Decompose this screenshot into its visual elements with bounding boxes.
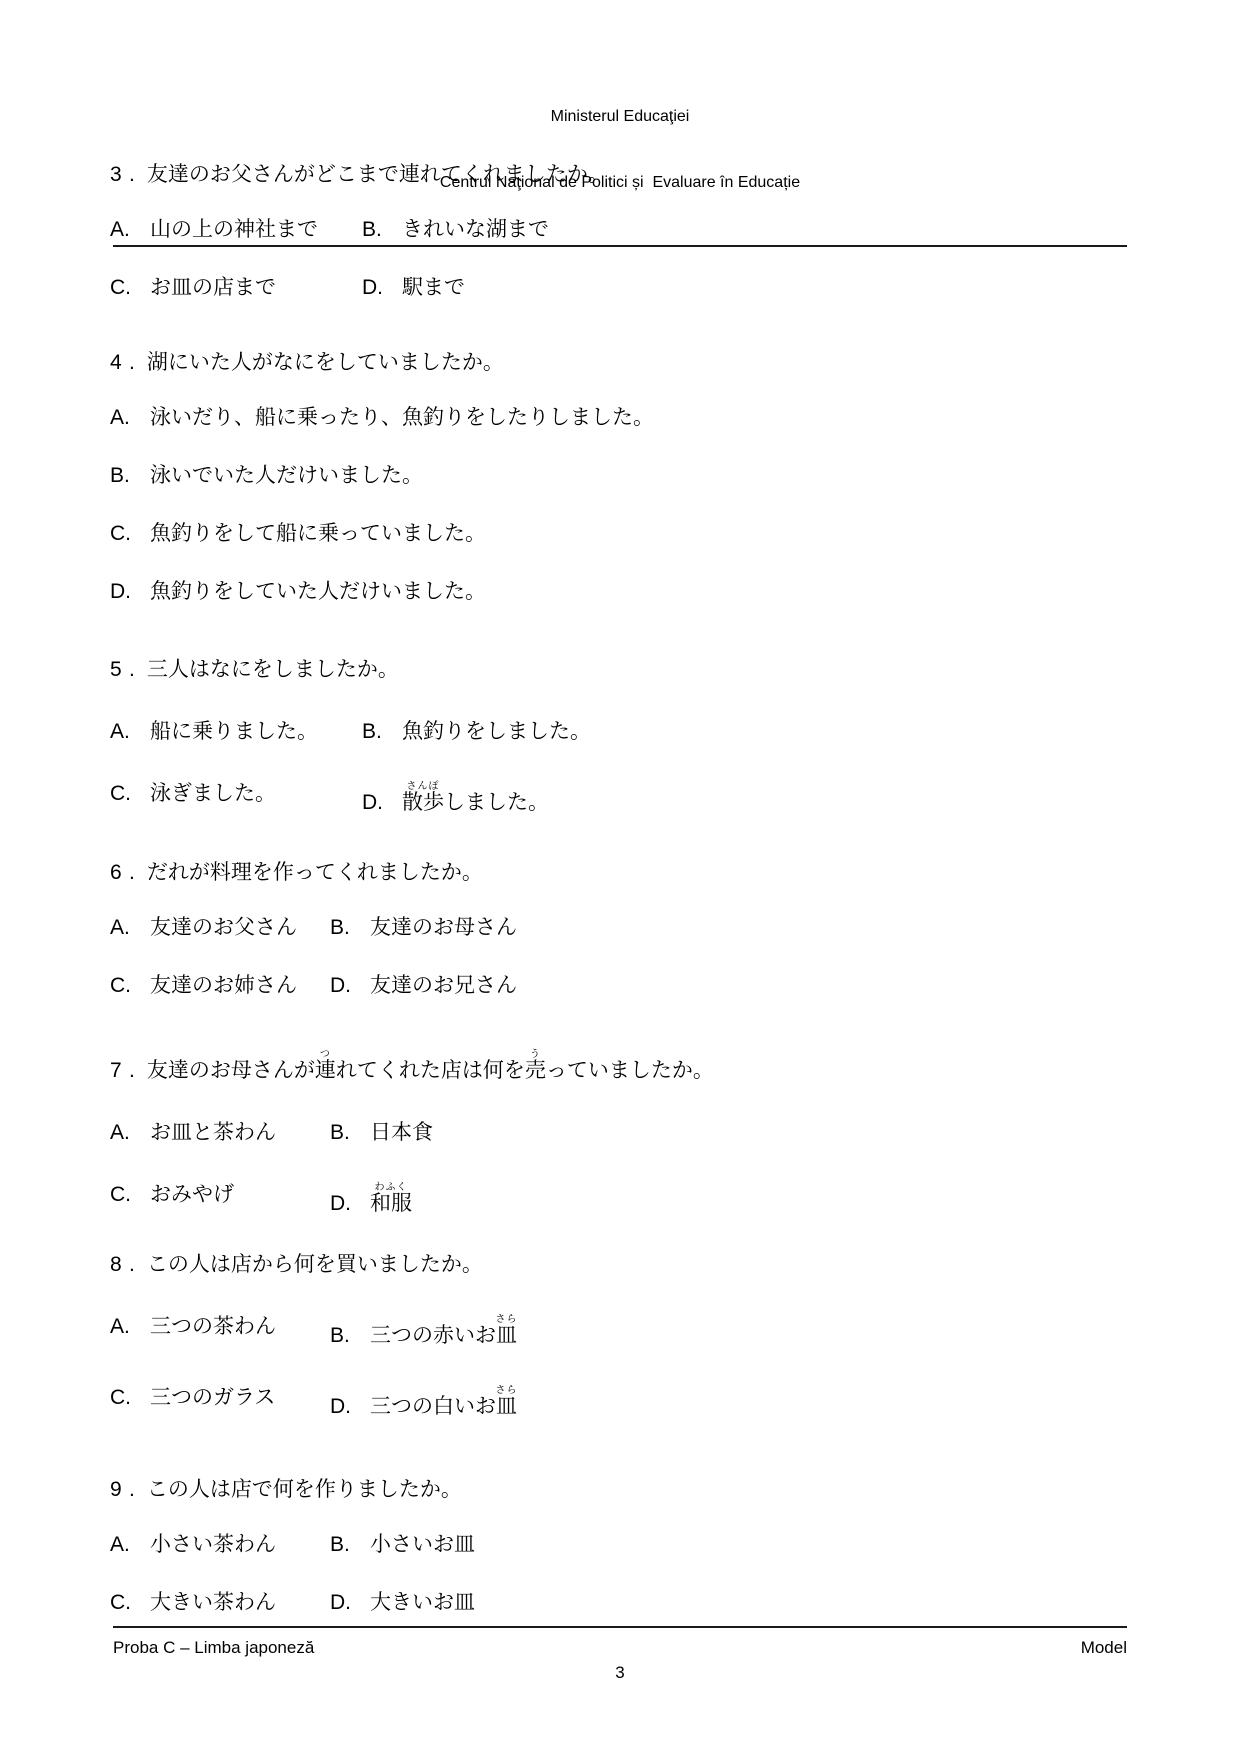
option-label: C. <box>110 1182 150 1208</box>
option-text: おみやげ <box>150 1182 234 1208</box>
question-number: 5 <box>110 657 124 683</box>
option-label: A. <box>110 1120 150 1146</box>
question-text: 友達のお父さんがどこまで連れてくれましたか。 <box>147 163 609 186</box>
options-row: B. 泳いでいた人だけいました。 <box>110 463 1130 489</box>
question-number-dot: . <box>129 350 135 376</box>
option-d: D. 和服わふく <box>330 1182 412 1217</box>
question-text: 友達のお母さんが連つれてくれた店は何を売うっていましたか。 <box>147 1059 714 1082</box>
option-text: 散歩さんぽしました。 <box>402 781 549 816</box>
footer-model-label: Model <box>1081 1637 1127 1659</box>
option-text: 泳いでいた人だけいました。 <box>150 463 423 489</box>
question-number: 7 <box>110 1058 124 1084</box>
option-text: 三つの茶わん <box>150 1314 276 1340</box>
option-c: C. 魚釣りをして船に乗っていました。 <box>110 521 486 547</box>
option-label: A. <box>110 1532 150 1558</box>
question-7: 7.友達のお母さんが連つれてくれた店は何を売うっていましたか。 A. お皿と茶わ… <box>110 1049 1130 1253</box>
option-text: 友達のお母さん <box>370 915 517 941</box>
question-heading: 9.この人は店で何を作りましたか。 <box>110 1477 1130 1503</box>
option-d: D. 駅まで <box>362 275 465 301</box>
option-d: D. 三つの白いお皿さら <box>330 1385 518 1420</box>
option-label: B. <box>330 1120 370 1146</box>
option-text: 三つの赤いお皿さら <box>370 1314 518 1349</box>
question-6: 6.だれが料理を作ってくれましたか。 A. 友達のお父さん B. 友達のお母さん… <box>110 860 1130 1031</box>
question-8: 8.この人は店から何を買いましたか。 A. 三つの茶わん B. 三つの赤いお皿さ… <box>110 1252 1130 1456</box>
option-text: お皿の店まで <box>150 275 276 301</box>
question-number: 3 <box>110 162 124 188</box>
options-row: A. 三つの茶わん B. 三つの赤いお皿さら <box>110 1314 1130 1349</box>
options-row: C. 泳ぎました。 D. 散歩さんぽしました。 <box>110 781 1130 816</box>
option-label: D. <box>110 579 150 605</box>
options-row: A. 友達のお父さん B. 友達のお母さん <box>110 915 1130 941</box>
option-label: A. <box>110 405 150 431</box>
options-row: A. 泳いだり、船に乗ったり、魚釣りをしたりしました。 <box>110 405 1130 431</box>
question-text: 湖にいた人がなにをしていましたか。 <box>147 351 504 374</box>
option-label: C. <box>110 1385 150 1411</box>
option-label: B. <box>362 217 402 243</box>
option-d: D. 友達のお兄さん <box>330 973 517 999</box>
option-d: D. 大きいお皿 <box>330 1590 475 1616</box>
question-heading: 6.だれが料理を作ってくれましたか。 <box>110 860 1130 886</box>
option-label: C. <box>110 275 150 301</box>
options-row: C. 大きい茶わん D. 大きいお皿 <box>110 1590 1130 1616</box>
option-b: B. きれいな湖まで <box>362 217 549 243</box>
option-c: C. 大きい茶わん <box>110 1590 330 1616</box>
option-c: C. おみやげ <box>110 1182 330 1217</box>
option-label: A. <box>110 217 150 243</box>
option-label: A. <box>110 1314 150 1340</box>
options-row: C. おみやげ D. 和服わふく <box>110 1182 1130 1217</box>
option-a: A. 小さい茶わん <box>110 1532 330 1558</box>
option-label: D. <box>362 790 402 816</box>
option-b: B. 泳いでいた人だけいました。 <box>110 463 423 489</box>
option-c: C. 友達のお姉さん <box>110 973 330 999</box>
options-row: D. 魚釣りをしていた人だけいました。 <box>110 579 1130 605</box>
option-label: C. <box>110 781 150 807</box>
option-text: きれいな湖まで <box>402 217 549 243</box>
option-text: 小さい茶わん <box>150 1532 276 1558</box>
option-text: 泳いだり、船に乗ったり、魚釣りをしたりしました。 <box>150 405 654 431</box>
option-d: D. 散歩さんぽしました。 <box>362 781 549 816</box>
option-text: 小さいお皿 <box>370 1532 475 1558</box>
document-footer: Proba C – Limba japoneză Model 3 <box>113 1626 1127 1684</box>
option-text: 日本食 <box>370 1120 433 1146</box>
option-a: A. 三つの茶わん <box>110 1314 330 1349</box>
option-text: 魚釣りをしていた人だけいました。 <box>150 579 486 605</box>
option-label: C. <box>110 1590 150 1616</box>
option-text: 船に乗りました。 <box>150 719 318 745</box>
header-ministry-line: Ministerul Educaţiei <box>113 106 1127 128</box>
question-text: この人は店で何を作りましたか。 <box>147 1478 462 1501</box>
question-number: 6 <box>110 860 124 886</box>
option-text: 友達のお父さん <box>150 915 297 941</box>
options-row: C. 三つのガラス D. 三つの白いお皿さら <box>110 1385 1130 1420</box>
question-number-dot: . <box>129 1058 135 1084</box>
document-page: Ministerul Educaţiei Centrul Naţional de… <box>0 0 1241 1755</box>
question-heading: 3.友達のお父さんがどこまで連れてくれましたか。 <box>110 162 1130 188</box>
option-label: A. <box>110 719 150 745</box>
option-label: D. <box>330 973 370 999</box>
question-number: 9 <box>110 1477 124 1503</box>
option-b: B. 小さいお皿 <box>330 1532 475 1558</box>
option-label: B. <box>330 1532 370 1558</box>
option-c: C. お皿の店まで <box>110 275 362 301</box>
option-label: C. <box>110 521 150 547</box>
option-text: 大きい茶わん <box>150 1590 276 1616</box>
option-a: A. 船に乗りました。 <box>110 719 362 745</box>
question-text: だれが料理を作ってくれましたか。 <box>147 861 483 884</box>
question-number-dot: . <box>129 860 135 886</box>
option-a: A. 友達のお父さん <box>110 915 330 941</box>
options-row: A. 船に乗りました。 B. 魚釣りをしました。 <box>110 719 1130 745</box>
option-text: 魚釣りをしました。 <box>402 719 591 745</box>
options-row: C. 友達のお姉さん D. 友達のお兄さん <box>110 973 1130 999</box>
question-number-dot: . <box>129 657 135 683</box>
page-number: 3 <box>113 1662 1127 1684</box>
option-text: 友達のお姉さん <box>150 973 297 999</box>
option-b: B. 友達のお母さん <box>330 915 517 941</box>
option-text: 三つのガラス <box>150 1385 275 1411</box>
question-heading: 7.友達のお母さんが連つれてくれた店は何を売うっていましたか。 <box>110 1049 1130 1084</box>
option-label: C. <box>110 973 150 999</box>
footer-row: Proba C – Limba japoneză Model <box>113 1637 1127 1659</box>
options-row: C. お皿の店まで D. 駅まで <box>110 275 1130 301</box>
option-label: B. <box>110 463 150 489</box>
option-label: D. <box>330 1394 370 1420</box>
option-a: A. お皿と茶わん <box>110 1120 330 1146</box>
question-text: 三人はなにをしましたか。 <box>147 658 399 681</box>
question-text: この人は店から何を買いましたか。 <box>147 1253 483 1276</box>
option-d: D. 魚釣りをしていた人だけいました。 <box>110 579 486 605</box>
option-text: 大きいお皿 <box>370 1590 475 1616</box>
option-b: B. 三つの赤いお皿さら <box>330 1314 518 1349</box>
option-a: A. 山の上の神社まで <box>110 217 362 243</box>
option-label: B. <box>362 719 402 745</box>
question-3: 3.友達のお父さんがどこまで連れてくれましたか。 A. 山の上の神社まで B. … <box>110 162 1130 333</box>
option-text: 三つの白いお皿さら <box>370 1385 518 1420</box>
question-9: 9.この人は店で何を作りましたか。 A. 小さい茶わん B. 小さいお皿 C. … <box>110 1477 1130 1648</box>
question-number-dot: . <box>129 1252 135 1278</box>
options-row: A. お皿と茶わん B. 日本食 <box>110 1120 1130 1146</box>
option-a: A. 泳いだり、船に乗ったり、魚釣りをしたりしました。 <box>110 405 654 431</box>
option-label: B. <box>330 915 370 941</box>
option-label: D. <box>362 275 402 301</box>
question-heading: 8.この人は店から何を買いましたか。 <box>110 1252 1130 1278</box>
option-text: お皿と茶わん <box>150 1120 276 1146</box>
option-label: B. <box>330 1323 370 1349</box>
option-b: B. 魚釣りをしました。 <box>362 719 591 745</box>
option-label: A. <box>110 915 150 941</box>
question-heading: 5.三人はなにをしましたか。 <box>110 657 1130 683</box>
question-number: 4 <box>110 350 124 376</box>
footer-exam-name: Proba C – Limba japoneză <box>113 1637 314 1659</box>
option-text: 和服わふく <box>370 1182 412 1217</box>
question-number-dot: . <box>129 162 135 188</box>
option-c: C. 三つのガラス <box>110 1385 330 1420</box>
option-c: C. 泳ぎました。 <box>110 781 362 816</box>
options-row: C. 魚釣りをして船に乗っていました。 <box>110 521 1130 547</box>
option-text: 駅まで <box>402 275 465 301</box>
question-heading: 4.湖にいた人がなにをしていましたか。 <box>110 350 1130 376</box>
question-5: 5.三人はなにをしましたか。 A. 船に乗りました。 B. 魚釣りをしました。 … <box>110 657 1130 852</box>
option-b: B. 日本食 <box>330 1120 433 1146</box>
option-label: D. <box>330 1191 370 1217</box>
option-text: 魚釣りをして船に乗っていました。 <box>150 521 486 547</box>
option-text: 泳ぎました。 <box>150 781 276 807</box>
options-row: A. 山の上の神社まで B. きれいな湖まで <box>110 217 1130 243</box>
question-number-dot: . <box>129 1477 135 1503</box>
question-number: 8 <box>110 1252 124 1278</box>
option-label: D. <box>330 1590 370 1616</box>
question-4: 4.湖にいた人がなにをしていましたか。 A. 泳いだり、船に乗ったり、魚釣りをし… <box>110 350 1130 637</box>
options-row: A. 小さい茶わん B. 小さいお皿 <box>110 1532 1130 1558</box>
option-text: 友達のお兄さん <box>370 973 517 999</box>
option-text: 山の上の神社まで <box>150 217 318 243</box>
